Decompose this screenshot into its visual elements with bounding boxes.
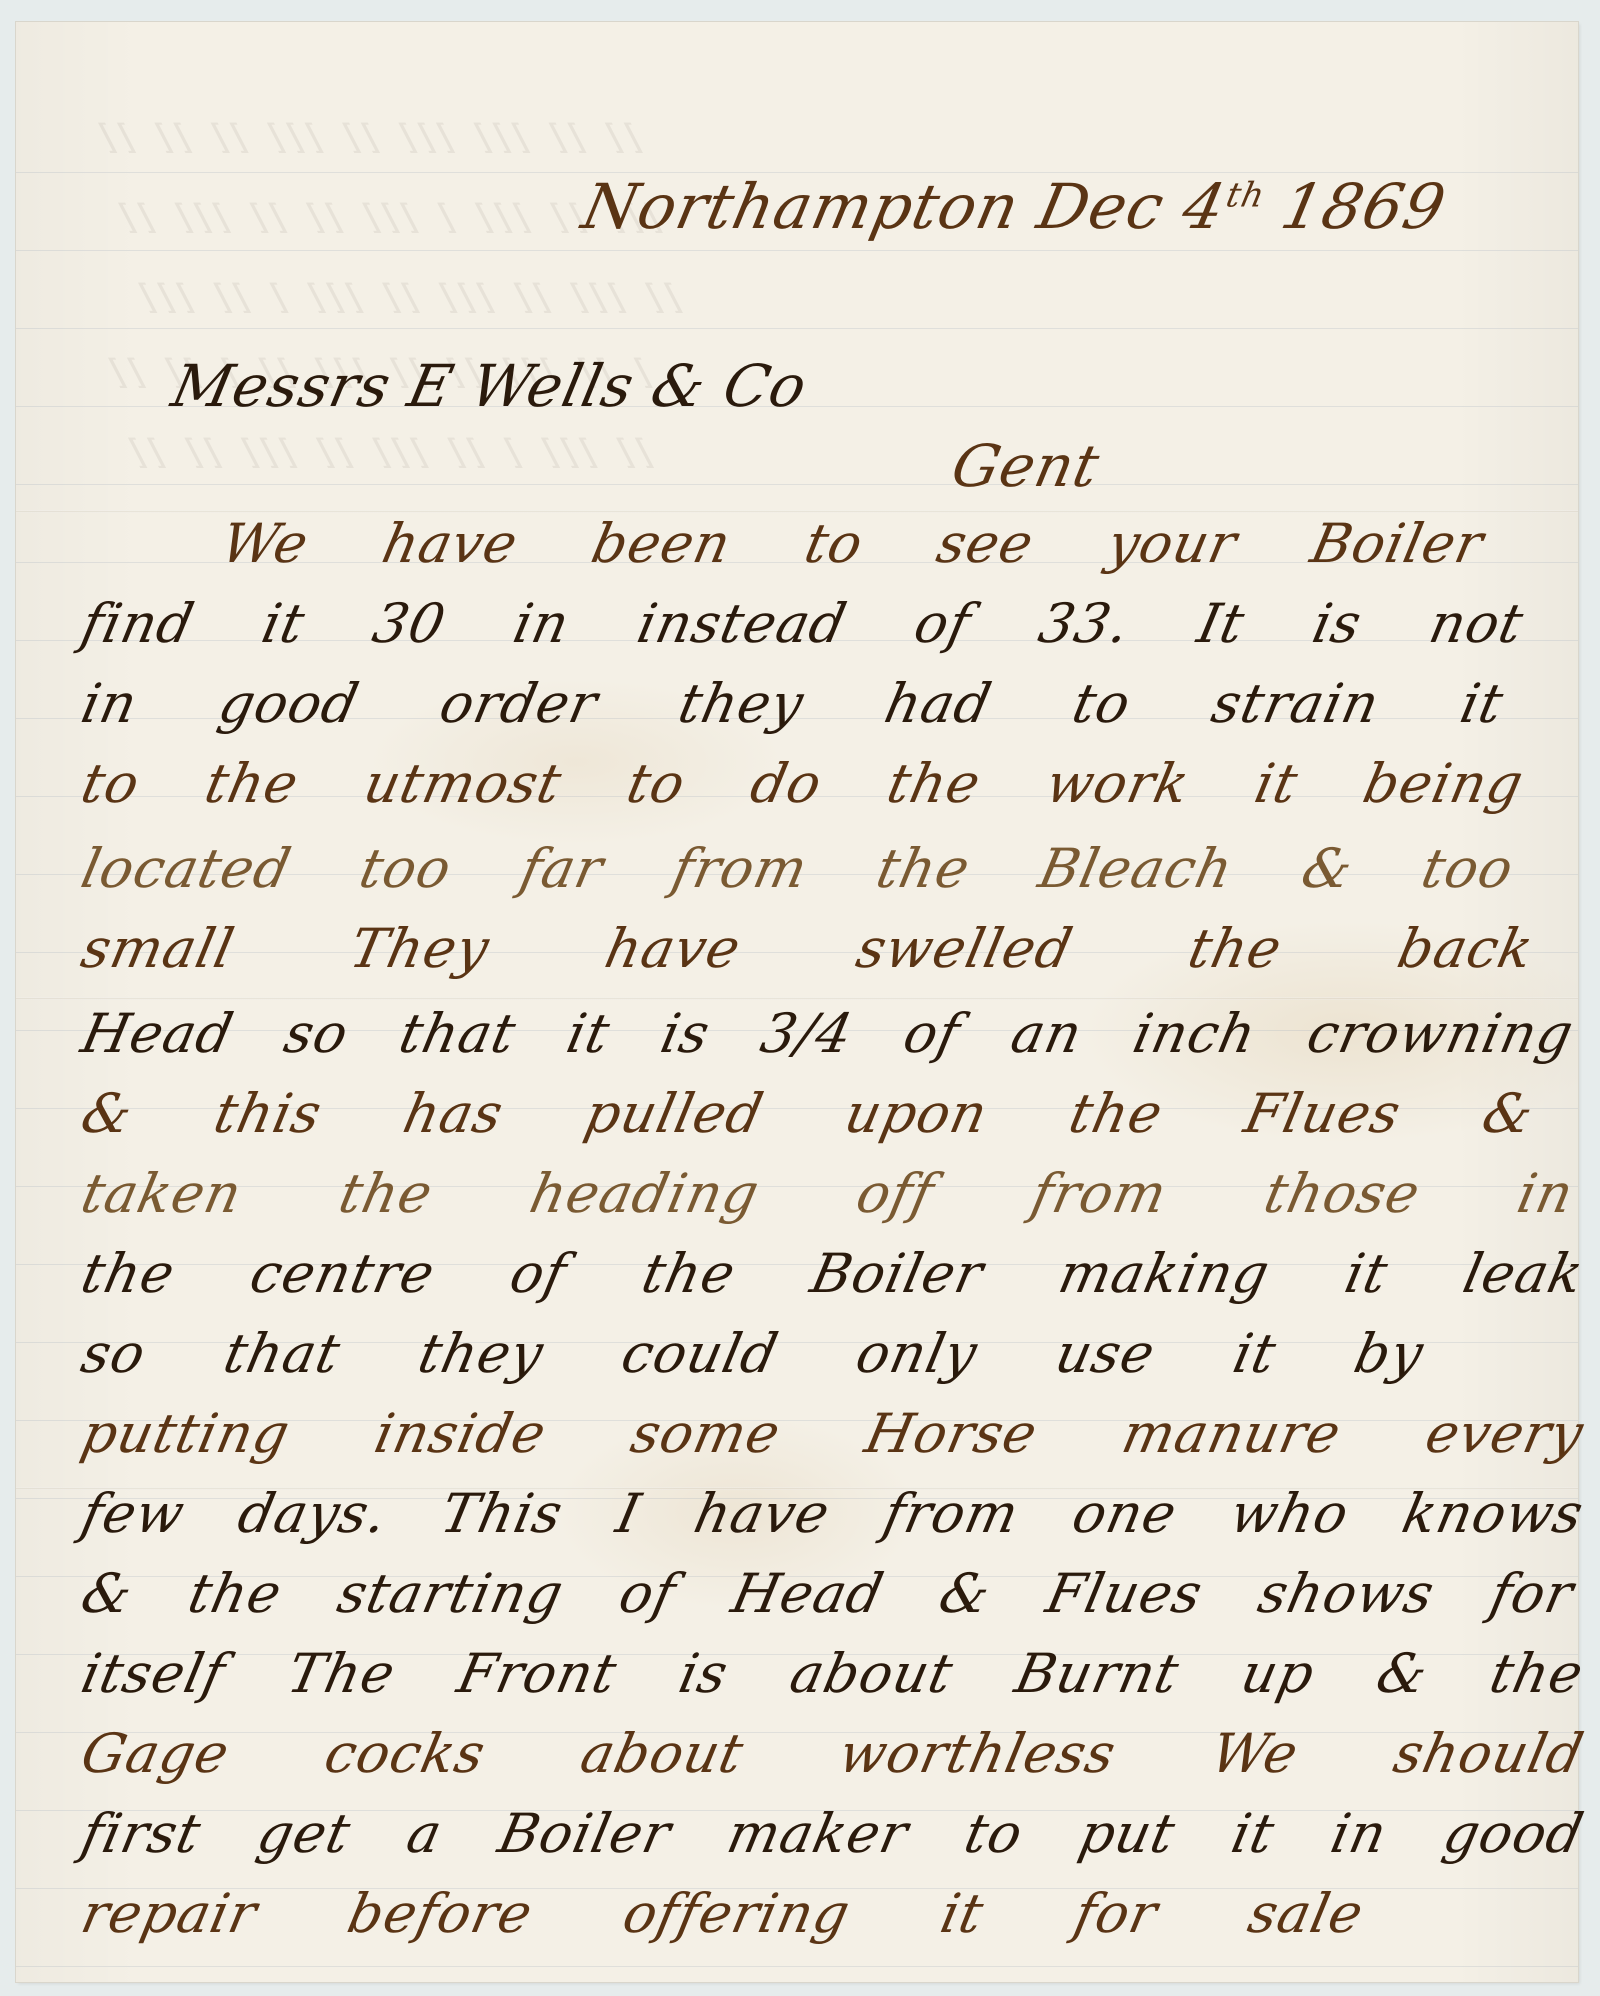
body-line: to the utmost to do the work it being (76, 752, 1529, 815)
body-line: Gage cocks about worthless We should (76, 1722, 1589, 1785)
dateline-year: 1869 (1275, 170, 1452, 243)
salutation: Gent (946, 432, 1106, 500)
body-line: located too far from the Bleach & too (76, 837, 1519, 900)
dateline-month: Dec (1031, 170, 1171, 243)
bleed-through-text: ll ll lll lll ll lll ll ll ll (89, 117, 648, 163)
dateline: Northampton Dec 4th 1869 (576, 170, 1452, 243)
body-line: putting inside some Horse manure every (76, 1402, 1589, 1465)
body-line: few days. This I have from one who knows (76, 1482, 1589, 1545)
bleed-through-text: ll lll l ll lll ll lll ll ll (119, 432, 660, 478)
body-line: & the starting of Head & Flues shows for (76, 1562, 1579, 1625)
body-line: so that they could only use it by (76, 1322, 1429, 1385)
body-line: & this has pulled upon the Flues & (76, 1082, 1539, 1145)
body-line: itself The Front is about Burnt up & the (76, 1642, 1589, 1705)
paper-fold (16, 997, 1578, 1000)
body-line: small They have swelled the back (76, 917, 1539, 980)
ruled-line (16, 484, 1578, 485)
bleed-through-text: ll lll ll lll ll lll l ll lll (129, 277, 688, 323)
dateline-place: Northampton (576, 170, 1026, 243)
addressee: Messrs E Wells & Co (166, 352, 813, 420)
body-line: find it 30 in instead of 33. It is not (76, 592, 1529, 655)
body-line: first get a Boiler maker to put it in go… (76, 1802, 1589, 1865)
ruled-line (16, 1966, 1578, 1967)
dateline-ordinal: th (1223, 175, 1269, 215)
ruled-line (16, 250, 1578, 251)
body-line: repair before offering it for sale (76, 1882, 1369, 1945)
body-line: Head so that it is 3/4 of an inch crowni… (76, 1002, 1579, 1065)
ruled-line (16, 328, 1578, 329)
body-line: the centre of the Boiler making it leak (76, 1242, 1589, 1305)
letter-page: ll ll lll lll ll lll ll ll ll lll ll lll… (16, 22, 1578, 1982)
body-line: We have been to see your Boiler (216, 512, 1489, 575)
body-line: in good order they had to strain it (76, 672, 1509, 735)
body-line: taken the heading off from those in (76, 1162, 1579, 1225)
